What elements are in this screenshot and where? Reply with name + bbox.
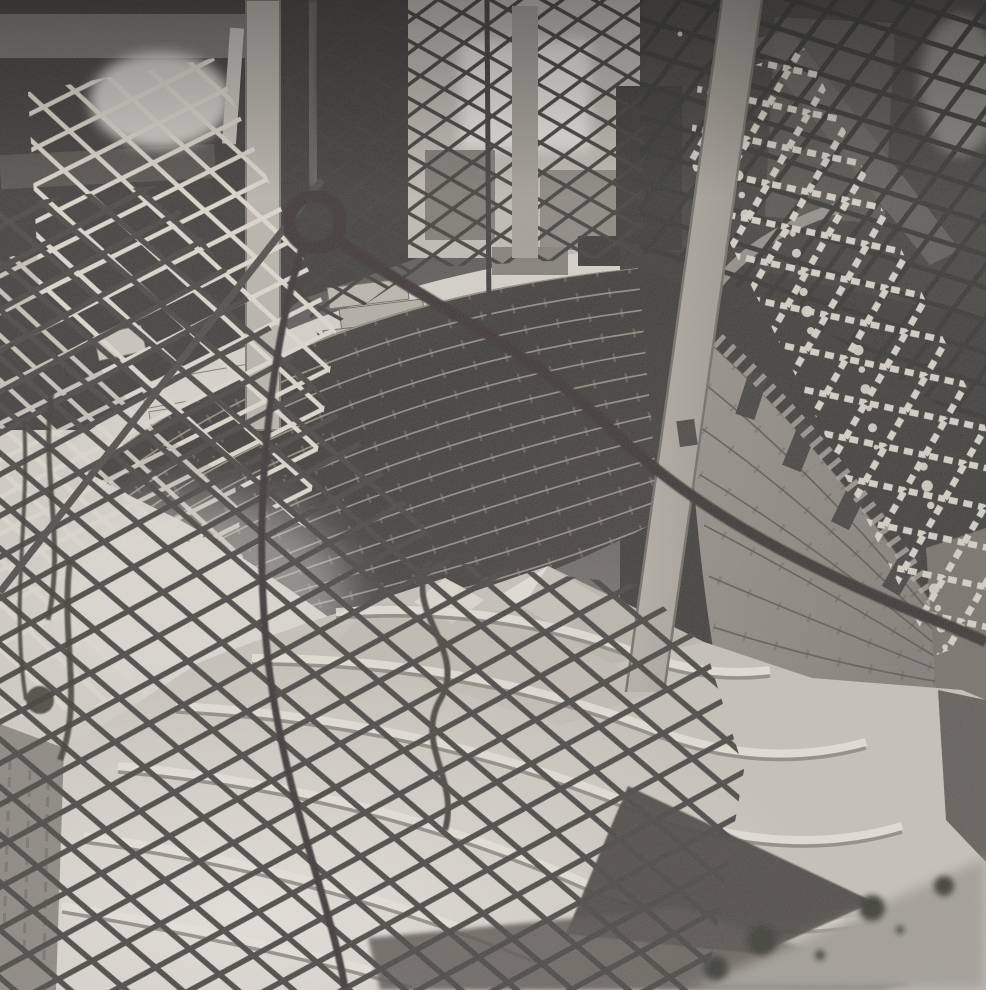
vignette [0,0,986,990]
photo-canvas [0,0,986,990]
photograph [0,0,986,990]
